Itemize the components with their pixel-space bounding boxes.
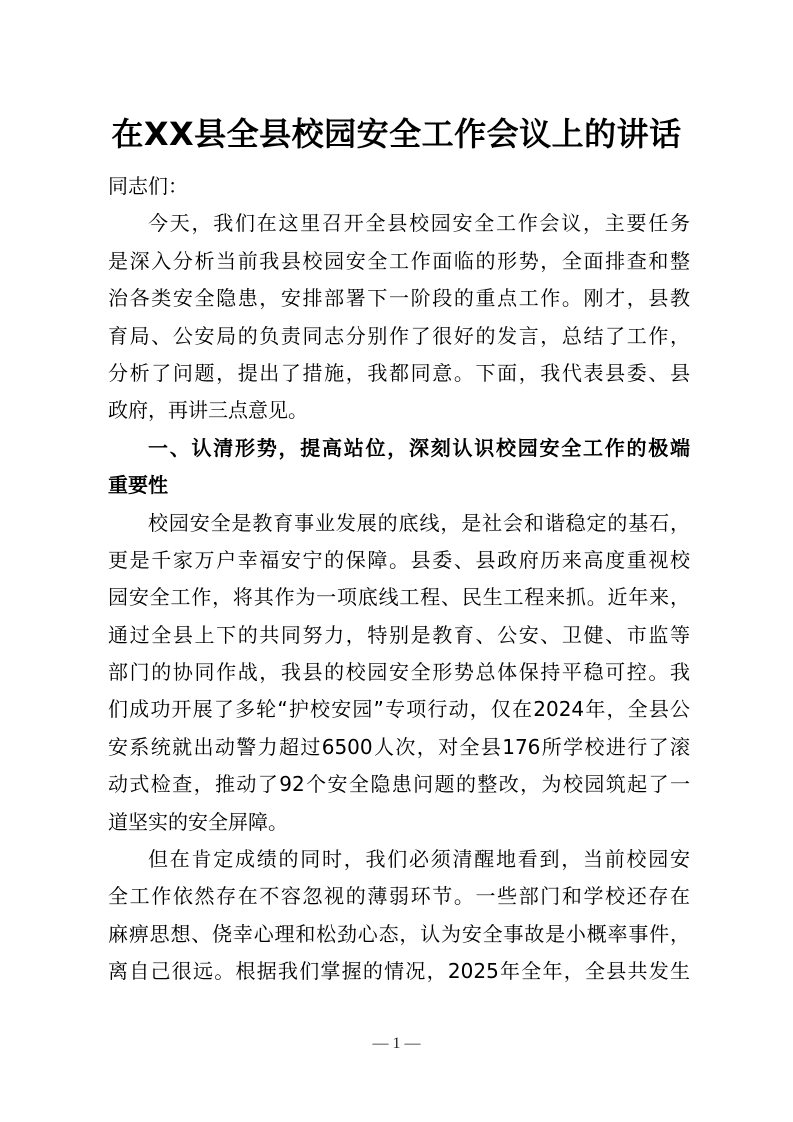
document-title: 在XX县全县校园安全工作会议上的讲话 (0, 110, 793, 158)
paragraph-line: 全工作依然存在不容忽视的薄弱环节。一些部门和学校还存在 (108, 878, 690, 915)
paragraph-line: 但在肯定成绩的同时，我们必须清醒地看到，当前校园安 (108, 841, 690, 878)
document-page: 在XX县全县校园安全工作会议上的讲话 同志们： 今天，我们在这里召开全县校园安全… (0, 0, 793, 1122)
paragraph-line: 安系统就出动警力超过6500人次，对全县176所学校进行了滚 (108, 729, 690, 766)
paragraph-line: 离自己很远。根据我们掌握的情况，2025年全年，全县共发生 (108, 953, 690, 990)
paragraph-line: 分析了问题，提出了措施，我都同意。下面，我代表县委、县 (108, 355, 690, 392)
paragraph-line: 园安全工作，将其作为一项底线工程、民生工程来抓。近年来， (108, 579, 690, 616)
paragraph-line: 更是千家万户幸福安宁的保障。县委、县政府历来高度重视校 (108, 542, 690, 579)
paragraph-line: 治各类安全隐患，安排部署下一阶段的重点工作。刚才，县教 (108, 280, 690, 317)
salutation: 同志们： (108, 168, 690, 205)
paragraph-line: 动式检查，推动了92个安全隐患问题的整改，为校园筑起了一 (108, 766, 690, 803)
paragraph-line: 道坚实的安全屏障。 (108, 804, 690, 841)
section-heading-line: 重要性 (108, 467, 690, 504)
paragraph-line: 们成功开展了多轮“护校安园”专项行动，仅在2024年，全县公 (108, 691, 690, 728)
paragraph-line: 通过全县上下的共同努力，特别是教育、公安、卫健、市监等 (108, 617, 690, 654)
document-body: 同志们： 今天，我们在这里召开全县校园安全工作会议，主要任务是深入分析当前我县校… (108, 168, 690, 991)
paragraph-line: 今天，我们在这里召开全县校园安全工作会议，主要任务 (108, 205, 690, 242)
paragraph-line: 校园安全是教育事业发展的底线，是社会和谐稳定的基石， (108, 505, 690, 542)
paragraph-line: 政府，再讲三点意见。 (108, 392, 690, 429)
paragraph-line: 是深入分析当前我县校园安全工作面临的形势，全面排查和整 (108, 243, 690, 280)
paragraph-line: 麻痹思想、侥幸心理和松劲心态，认为安全事故是小概率事件， (108, 916, 690, 953)
section-heading-line: 一、认清形势，提高站位，深刻认识校园安全工作的极端 (108, 430, 690, 467)
paragraph-line: 育局、公安局的负责同志分别作了很好的发言，总结了工作， (108, 318, 690, 355)
page-number: — 1 — (0, 1035, 793, 1053)
paragraph-line: 部门的协同作战，我县的校园安全形势总体保持平稳可控。我 (108, 654, 690, 691)
